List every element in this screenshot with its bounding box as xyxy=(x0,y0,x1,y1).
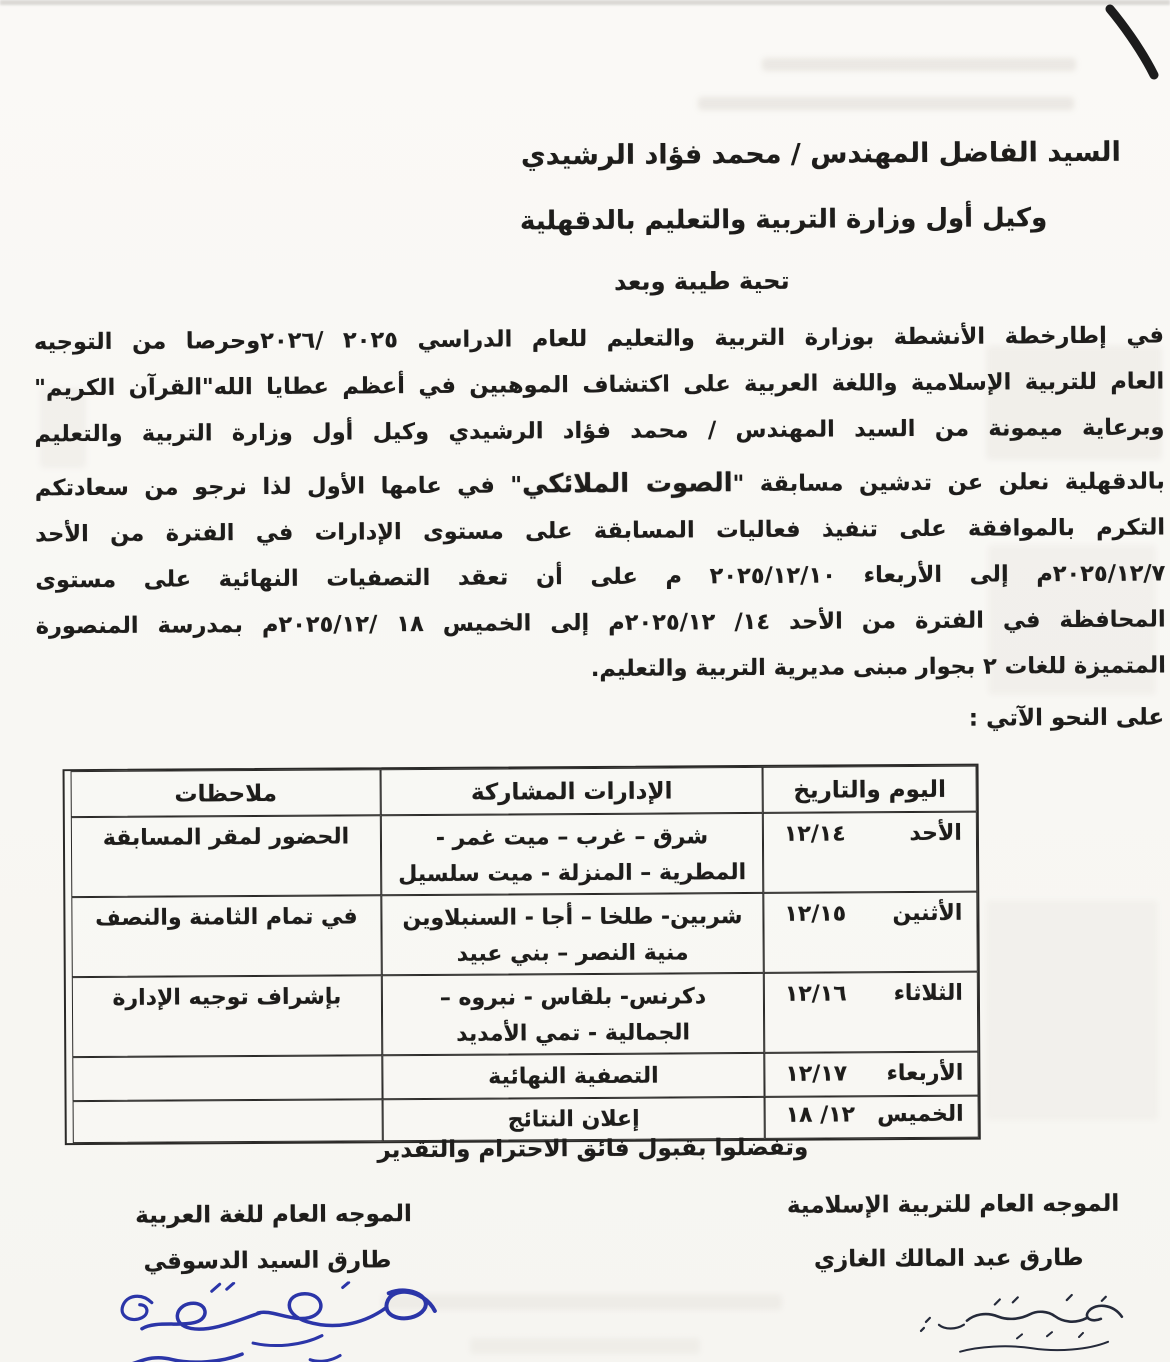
recipient-line: السيد الفاضل المهندس / محمد فؤاد الرشيدي xyxy=(521,137,1121,172)
table-header-notes: ملاحظات xyxy=(71,769,381,817)
body-text: في إطارخطة الأنشطة بوزارة التربية والتعل… xyxy=(34,312,1166,695)
day-name: الأحد xyxy=(909,821,962,846)
body-line: وبرعاية ميمونة من السيد المهندس / محمد ف… xyxy=(34,404,1164,457)
day-date: ١٢/١٥ xyxy=(784,901,846,926)
signature-title-islamic-education: الموجه العام للتربية الإسلامية xyxy=(787,1191,1119,1219)
signature-name-islamic-education: طارق عبد المالك الغازي xyxy=(814,1245,1084,1273)
departments-line: الجمالية - تمي الأمديد xyxy=(383,1015,763,1053)
table-row-notes-cell: الحضور لمقر المسابقة xyxy=(71,815,381,897)
table-row-departments-cell: دكرنس- بلقاس - نبروه – الجمالية - تمي ال… xyxy=(382,973,764,1055)
signature-name-arabic-language: طارق السيد الدسوقي xyxy=(143,1247,391,1275)
contest-line-before: بالدقهلية نعلن عن تدشين مسابقة " xyxy=(733,468,1165,497)
table-row-day-cell: الأربعاء ١٢/١٧ xyxy=(764,1052,978,1097)
day-name: الثلاثاء xyxy=(894,981,963,1006)
day-name: الأثنين xyxy=(892,901,962,926)
body-line-contest: بالدقهلية نعلن عن تدشين مسابقة "الصوت ال… xyxy=(35,457,1165,511)
table-row-notes-cell: بإشراف توجيه الإدارة xyxy=(72,975,382,1057)
body-line: ٢٠٢٥/١٢/٧م إلى الأربعاء ٢٠٢٥/١٢/١٠ م على… xyxy=(35,550,1165,603)
day-date: ١٢/ ١٨ xyxy=(786,1102,856,1127)
table-row-day-cell: الأحد ١٢/١٤ xyxy=(763,812,977,893)
departments-line: دكرنس- بلقاس - نبروه – xyxy=(383,979,763,1017)
departments-line: شرق – غرب – ميت غمر - xyxy=(382,819,762,857)
departments-line: المطرية – المنزلة - ميت سلسيل xyxy=(382,855,762,893)
body-line: المتميزة للغات ٢ بجوار مبنى مديرية الترب… xyxy=(36,642,1166,695)
table-row-day-cell: الأثنين ١٢/١٥ xyxy=(763,892,977,973)
day-date: ١٢/١٤ xyxy=(784,821,846,846)
body-line: المحافظة في الفترة من الأحد ١٤/ ٢٠٢٥/١٢م… xyxy=(36,596,1166,649)
day-date: ١٢/١٧ xyxy=(785,1061,847,1086)
table-row-notes-cell: في تمام الثامنة والنصف xyxy=(71,895,381,977)
schedule-table: اليوم والتاريخ الإدارات المشاركة ملاحظات… xyxy=(63,764,981,1146)
body-line: العام للتربية الإسلامية واللغة العربية ع… xyxy=(34,358,1164,411)
table-row-departments-cell: شرق – غرب – ميت غمر - المطرية – المنزلة … xyxy=(381,813,763,895)
departments-line: شربين- طلخا – أجا - السنبلاوين xyxy=(382,899,762,937)
lead-in-line: على النحو الآتي : xyxy=(969,704,1165,731)
departments-line: منية النصر – بني عبيد xyxy=(383,935,763,973)
signature-title-arabic-language: الموجه العام للغة العربية xyxy=(135,1201,412,1229)
handwritten-signature-islamic-education xyxy=(916,1293,1134,1360)
table-header-day-date: اليوم والتاريخ xyxy=(763,766,977,813)
body-line: التكرم بالموافقة على تنفيذ فعاليات المسا… xyxy=(35,504,1165,557)
table-row-day-cell: الخميس ١٢/ ١٨ xyxy=(765,1096,979,1139)
contest-name: الصوت الملائكي xyxy=(522,468,733,499)
day-name: الخميس xyxy=(877,1102,964,1128)
document-content: السيد الفاضل المهندس / محمد فؤاد الرشيدي… xyxy=(0,0,1170,1362)
table-row-departments-cell: شربين- طلخا – أجا - السنبلاوين منية النص… xyxy=(381,893,763,975)
closing-line: وتفضلوا بقبول فائق الاحترام والتقدير xyxy=(333,1134,853,1163)
departments-line: التصفية النهائية xyxy=(383,1058,763,1096)
body-line: في إطارخطة الأنشطة بوزارة التربية والتعل… xyxy=(34,312,1164,365)
scanned-letter-page: السيد الفاضل المهندس / محمد فؤاد الرشيدي… xyxy=(0,0,1170,1362)
day-name: الأربعاء xyxy=(887,1061,964,1086)
day-date: ١٢/١٦ xyxy=(785,981,847,1006)
greeting-line: تحية طيبة وبعد xyxy=(614,267,790,296)
table-row-departments-cell: التصفية النهائية xyxy=(382,1053,764,1099)
departments-line: إعلان النتائج xyxy=(384,1101,764,1139)
table-row-day-cell: الثلاثاء ١٢/١٦ xyxy=(764,972,978,1053)
recipient-title-line: وكيل أول وزارة التربية والتعليم بالدقهلي… xyxy=(520,203,1047,236)
table-header-departments: الإدارات المشاركة xyxy=(381,767,763,815)
handwritten-signature-arabic-language xyxy=(90,1281,452,1362)
table-row-notes-cell xyxy=(72,1055,382,1101)
contest-line-after: " في عامها الأول لذا نرجو من سعادتكم xyxy=(35,472,522,501)
